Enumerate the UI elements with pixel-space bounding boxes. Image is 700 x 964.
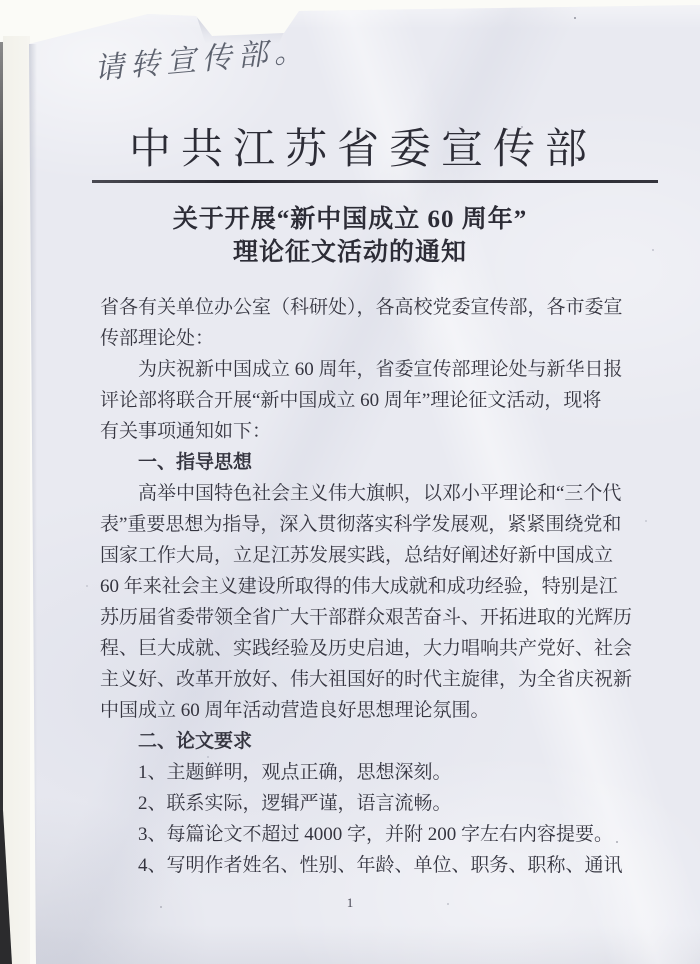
document-body-line: 传部理论处： (100, 323, 620, 354)
document-body-line: 为庆祝新中国成立 60 周年，省委宣传部理论处与新华日报 (100, 354, 620, 385)
paper-sheet: 请转宣传部。 中共江苏省委宣传部 关于开展“新中国成立 60 周年” 理论征文活… (0, 0, 700, 964)
document-body-line: 2、联系实际，逻辑严谨，语言流畅。 (100, 788, 620, 819)
document-body-line: 4、写明作者姓名、性别、年龄、单位、职务、职称、通讯 (100, 850, 620, 881)
document-body-line: 程、巨大成就、实践经验及历史启迪，大力唱响共产党好、社会 (100, 633, 620, 664)
letterhead-org-title: 中共江苏省委宣传部 (0, 116, 700, 176)
document-title: 关于开展“新中国成立 60 周年” 理论征文活动的通知 (0, 203, 700, 269)
document-body-line: 一、指导思想 (100, 447, 620, 478)
document-body-line: 1、主题鲜明，观点正确，思想深刻。 (100, 757, 620, 788)
document-body-line: 苏历届省委带领全省广大干部群众艰苦奋斗、开拓进取的光辉历 (100, 602, 620, 633)
document-body-line: 60 年来社会主义建设所取得的伟大成就和成功经验，特别是江 (100, 571, 620, 602)
document-body-line: 评论部将联合开展“新中国成立 60 周年”理论征文活动，现将 (100, 385, 620, 416)
document-body-line: 表”重要思想为指导，深入贯彻落实科学发展观，紧紧围绕党和 (100, 509, 620, 540)
document-body-line: 主义好、改革开放好、伟大祖国好的时代主旋律，为全省庆祝新 (100, 664, 620, 695)
scanned-document-page: 请转宣传部。 中共江苏省委宣传部 关于开展“新中国成立 60 周年” 理论征文活… (0, 0, 700, 964)
document-body-line: 二、论文要求 (100, 726, 620, 757)
scanner-margin-strip (3, 36, 30, 964)
document-title-line-2: 理论征文活动的通知 (233, 239, 467, 266)
scan-noise-specks (0, 0, 2, 2)
document-body-line: 高举中国特色社会主义伟大旗帜，以邓小平理论和“三个代 (100, 478, 620, 509)
letterhead-divider-rule (92, 180, 658, 183)
document-body: 省各有关单位办公室（科研处），各高校党委宣传部，各市委宣传部理论处：为庆祝新中国… (100, 292, 620, 881)
document-body-line: 中国成立 60 周年活动营造良好思想理论氛围。 (100, 695, 620, 726)
page-number: 1 (0, 895, 700, 911)
document-body-line: 省各有关单位办公室（科研处），各高校党委宣传部，各市委宣 (100, 292, 620, 323)
paper-left-edge-shadow (29, 44, 37, 964)
document-title-line-1: 关于开展“新中国成立 60 周年” (173, 206, 528, 233)
document-body-line: 3、每篇论文不超过 4000 字，并附 200 字左右内容提要。 (100, 819, 620, 850)
document-body-line: 有关事项通知如下： (100, 416, 620, 447)
handwritten-annotation: 请转宣传部。 (92, 25, 311, 88)
document-body-line: 国家工作大局，立足江苏发展实践，总结好阐述好新中国成立 (100, 540, 620, 571)
